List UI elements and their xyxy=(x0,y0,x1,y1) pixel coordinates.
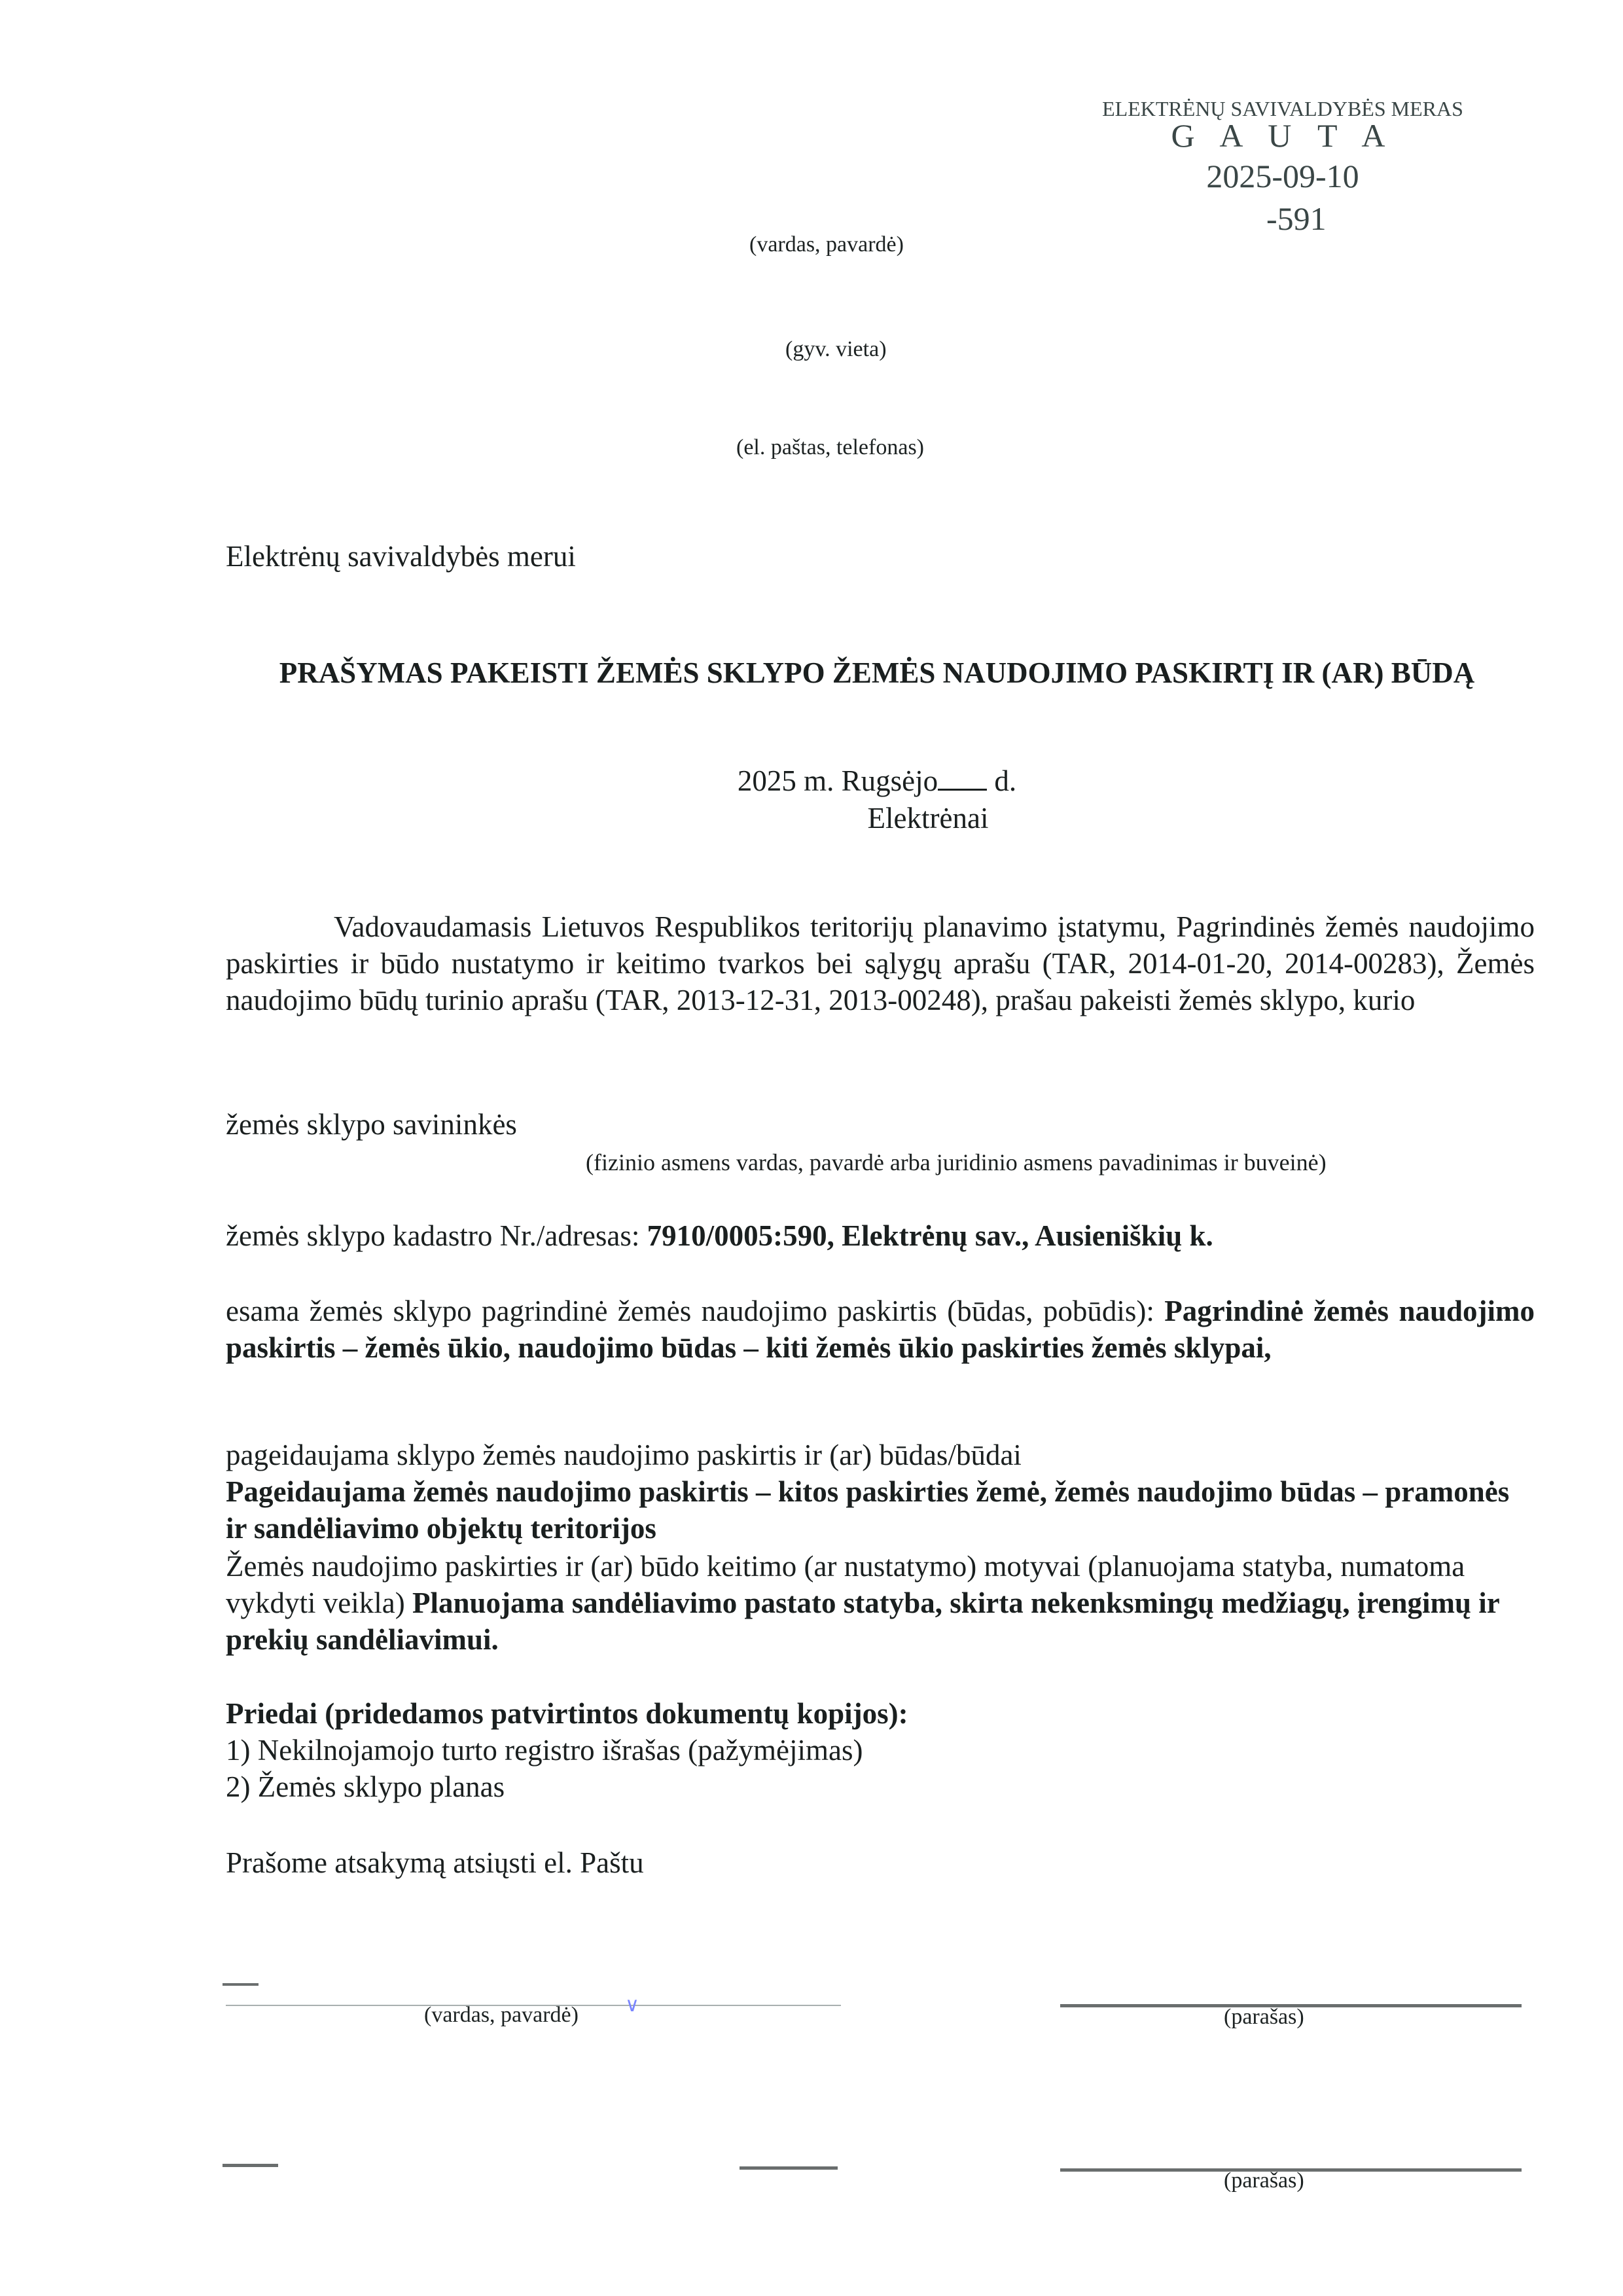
document-date: 2025 m. Rugsėjo d. xyxy=(216,762,1538,799)
date-prefix: 2025 m. Rugsėjo xyxy=(738,764,938,797)
current-purpose: esama žemės sklypo pagrindinė žemės naud… xyxy=(226,1293,1535,1366)
city-name: Elektrėnai xyxy=(868,802,989,834)
current-purpose-label: esama žemės sklypo pagrindinė žemės naud… xyxy=(226,1295,1154,1327)
signer-name-caption: (vardas, pavardė) xyxy=(424,2003,579,2028)
applicant-contact-caption: (el. paštas, telefonas) xyxy=(736,435,924,460)
stamp-registration-number: -591 xyxy=(1266,200,1327,238)
desired-purpose: pageidaujama sklypo žemės naudojimo pask… xyxy=(226,1437,1535,1547)
attachment-item: 2) Žemės sklypo planas xyxy=(226,1768,1535,1805)
attachments: Priedai (pridedamos patvirtintos dokumen… xyxy=(226,1695,1535,1805)
owner-label: žemės sklypo savininkės xyxy=(226,1106,1535,1143)
cadastre-label: žemės sklypo kadastro Nr./adresas: xyxy=(226,1219,639,1252)
attachments-heading: Priedai (pridedamos patvirtintos dokumen… xyxy=(226,1695,1535,1732)
date-suffix: d. xyxy=(994,764,1016,797)
addressee: Elektrėnų savivaldybės merui xyxy=(226,538,576,575)
cadastre-line: žemės sklypo kadastro Nr./adresas: 7910/… xyxy=(226,1217,1535,1254)
attachments-heading-bold: Priedai xyxy=(226,1697,317,1730)
short-signature-line[interactable] xyxy=(740,2166,838,2170)
owner-hint: (fizinio asmens vardas, pavardė arba jur… xyxy=(586,1149,1327,1176)
signature-dash xyxy=(223,2164,278,2167)
intro-paragraph: Vadovaudamasis Lietuvos Respublikos teri… xyxy=(226,908,1535,1018)
stamp-date: 2025-09-10 xyxy=(1054,157,1512,195)
desired-purpose-label: pageidaujama sklypo žemės naudojimo pask… xyxy=(226,1437,1535,1473)
desired-purpose-value: Pageidaujama žemės naudojimo paskirtis –… xyxy=(226,1475,1509,1545)
day-blank-field[interactable] xyxy=(938,765,987,791)
document-title: PRAŠYMAS PAKEISTI ŽEMĖS SKLYPO ŽEMĖS NAU… xyxy=(216,655,1538,691)
motive-value: Planuojama sandėliavimo pastato statyba,… xyxy=(226,1587,1499,1656)
change-motive: Žemės naudojimo paskirties ir (ar) būdo … xyxy=(226,1548,1535,1658)
signature-caption-2: (parašas) xyxy=(1224,2168,1304,2193)
check-mark-icon: ∨ xyxy=(625,1994,639,2017)
applicant-residence-caption: (gyv. vieta) xyxy=(785,337,887,362)
applicant-name-caption: (vardas, pavardė) xyxy=(749,232,904,257)
attachment-item: 1) Nekilnojamojo turto registro išrašas … xyxy=(226,1732,1535,1768)
attachments-heading-rest: (pridedamos patvirtintos dokumentų kopij… xyxy=(325,1697,908,1730)
cadastre-value: 7910/0005:590, Elektrėnų sav., Ausienišk… xyxy=(647,1219,1213,1252)
signature-caption: (parašas) xyxy=(1224,2005,1304,2030)
reply-request: Prašome atsakymą atsiųsti el. Paštu xyxy=(226,1844,1535,1881)
signature-dash xyxy=(223,1983,259,1986)
stamp-received-label: G A U T A xyxy=(1054,117,1512,154)
document-place: Elektrėnai xyxy=(216,800,1538,836)
